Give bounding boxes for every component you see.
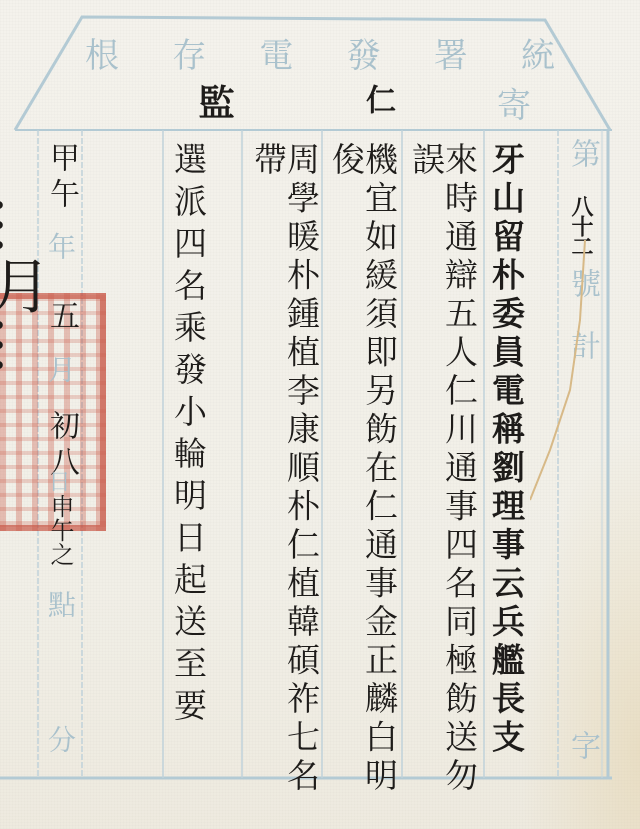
title-char: 發 — [347, 28, 381, 77]
body-column-2: 來時通辯五人仁川通事四名同極飭送勿誤 — [410, 142, 476, 829]
body-column-1: 牙山留朴委員電稱劉理事云兵艦長支 — [490, 142, 523, 758]
title-char: 電 — [259, 28, 293, 77]
date-time-value: 申午之 — [48, 494, 72, 566]
paper-crack — [530, 240, 590, 660]
recipient-right: 仁 — [362, 84, 392, 114]
recipient-left: 監 — [196, 84, 232, 120]
body-column-3: 機宜如緩須即另飭在仁通事金正麟白明俊 — [330, 142, 396, 829]
number-label-top: 第 — [567, 138, 597, 168]
body-column-4: 周學暖朴鍾植李康順朴仁植韓碩祚七名帶 — [252, 142, 318, 829]
date-minute-label: 分 — [46, 725, 74, 753]
form-title: 統 署 發 電 存 根 — [85, 28, 555, 77]
title-char: 根 — [85, 28, 119, 77]
body-column-5: 選派四名乘發小輪明日起送至要 — [172, 142, 205, 730]
date-hour-label: 點 — [46, 590, 74, 618]
title-char: 署 — [434, 28, 468, 77]
left-edge-fragment: …月… — [0, 195, 46, 375]
date-day-label: 日 — [46, 470, 68, 492]
title-char: 存 — [172, 28, 206, 77]
count-suffix: 字 — [567, 730, 597, 760]
form-title-sub: 寄 — [497, 78, 531, 127]
title-char: 統 — [521, 28, 555, 77]
